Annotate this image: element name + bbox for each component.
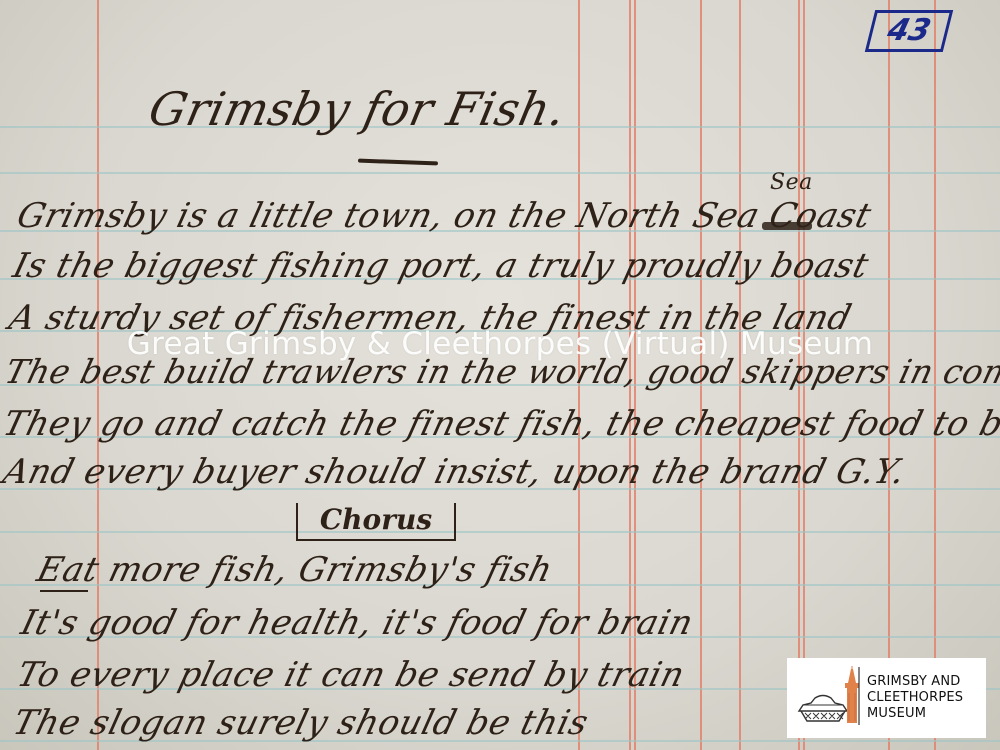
verse-line-6: And every buyer should insist, upon the …: [0, 452, 909, 492]
ledger-page: 43 Grimsby for Fish. Grimsby is a little…: [0, 0, 1000, 750]
verse-line-2: Is the biggest fishing port, a truly pro…: [9, 246, 873, 286]
blue-rule: [0, 531, 1000, 533]
chorus-label: Chorus: [320, 503, 432, 536]
chorus-heading: Chorus: [296, 503, 456, 541]
logo-line-3: MUSEUM: [867, 706, 963, 722]
chorus-line-4: The slogan surely should be this: [9, 703, 592, 743]
dock-tower-and-pier-icon: [797, 665, 863, 731]
struck-out-word: [762, 222, 812, 230]
chorus-line-2: It's good for health, it's food for brai…: [17, 603, 697, 643]
eat-underline: [40, 590, 88, 592]
inserted-correction: Sea: [770, 170, 813, 195]
museum-logo[interactable]: GRIMSBY AND CLEETHORPES MUSEUM: [787, 658, 986, 738]
page-number: 43: [865, 10, 953, 52]
chorus-line-3: To every place it can be send by train: [13, 655, 689, 695]
title-underline: [358, 159, 438, 166]
logo-line-2: CLEETHORPES: [867, 690, 963, 706]
verse-line-5: They go and catch the finest fish, the c…: [0, 404, 1000, 444]
logo-text: GRIMSBY AND CLEETHORPES MUSEUM: [867, 674, 963, 722]
museum-watermark: Great Grimsby & Cleethorpes (Virtual) Mu…: [0, 326, 1000, 362]
page-number-text: 43: [884, 13, 934, 48]
blue-rule: [0, 172, 1000, 174]
page-title: Grimsby for Fish.: [144, 82, 571, 136]
logo-line-1: GRIMSBY AND: [867, 674, 963, 690]
verse-line-1: Grimsby is a little town, on the North S…: [13, 196, 875, 236]
chorus-line-1: Eat more fish, Grimsby's fish: [33, 550, 557, 590]
